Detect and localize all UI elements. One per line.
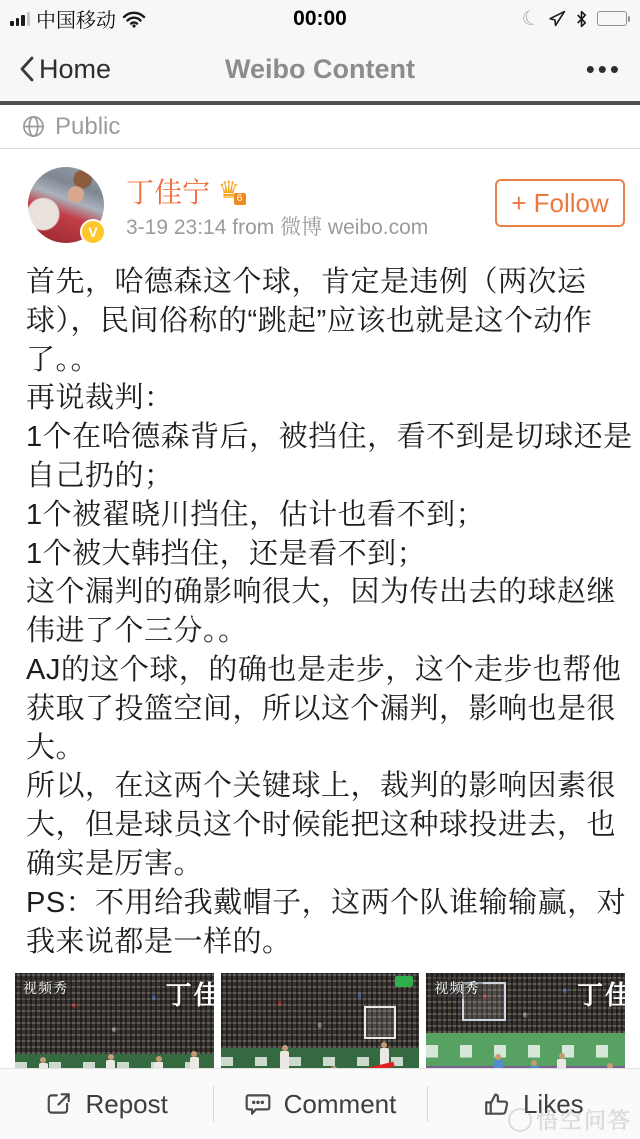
post-text-line: 确实是厉害。 — [26, 845, 618, 884]
author-line: 丁佳宁 ♛6 — [126, 171, 240, 211]
back-button[interactable]: Home — [18, 54, 111, 85]
vip-crown-icon: ♛6 — [218, 179, 240, 203]
status-bar: 中国移动 00:00 ☾ — [0, 0, 640, 37]
globe-icon — [22, 115, 45, 138]
backboard — [364, 1006, 396, 1039]
post-text-line: 大，但是球员这个时候能把这种球投进去，也 — [26, 806, 618, 845]
post-text-line: 所以，在这两个关键球上，裁判的影响因素很 — [26, 767, 618, 806]
post-text-line: 1个在哈德森背后，被挡住，看不到是切球还是 — [26, 418, 618, 457]
post-text-line: 大。 — [26, 729, 618, 768]
author-watermark: 丁佳 — [166, 975, 214, 1012]
more-options-button[interactable]: ••• — [586, 54, 622, 85]
follow-button[interactable]: + Follow — [495, 179, 625, 227]
back-label: Home — [39, 54, 111, 85]
post-header: V 丁佳宁 ♛6 3-19 23:14 from 微博 weibo.com + … — [28, 167, 625, 247]
post-text-line: 伟进了个三分。。 — [26, 612, 618, 651]
repost-button[interactable]: Repost — [0, 1069, 213, 1139]
author-watermark: 丁佳 — [577, 975, 625, 1012]
wifi-icon — [122, 10, 146, 28]
post-text-line: 首先，哈德森这个球，肯定是违例（两次运 — [26, 263, 618, 302]
post-text-line: 1个被大韩挡住，还是看不到； — [26, 535, 618, 574]
action-toolbar: Repost Comment Likes — [0, 1068, 640, 1139]
video-watermark: 视频秀 — [430, 977, 483, 999]
likes-button[interactable]: Likes — [427, 1069, 640, 1139]
comment-label: Comment — [284, 1089, 397, 1120]
visibility-row: Public — [0, 105, 640, 149]
status-left: 中国移动 — [10, 4, 146, 33]
signal-strength-icon — [10, 11, 30, 26]
repost-icon — [45, 1090, 73, 1118]
bluetooth-icon — [575, 10, 588, 28]
post-text-line: 1个被翟晓川挡住，估计也看不到； — [26, 496, 618, 535]
post-text-line: 了。。 — [26, 341, 618, 380]
post-text-line: 我来说都是一样的。 — [26, 923, 618, 962]
video-watermark: 视频秀 — [19, 977, 72, 999]
post-text-line: 自己扔的； — [26, 457, 618, 496]
battery-icon — [597, 11, 631, 26]
likes-label: Likes — [523, 1089, 584, 1120]
post-text-line: 再说裁判： — [26, 379, 618, 418]
do-not-disturb-moon-icon: ☾ — [519, 6, 542, 31]
post-text-line: AJ的这个球，的确也是走步，这个走步也帮他 — [26, 651, 618, 690]
comment-icon — [244, 1090, 272, 1118]
location-arrow-icon — [549, 10, 566, 27]
score-bug — [395, 976, 413, 987]
chevron-left-icon — [18, 55, 35, 83]
carrier-label: 中国移动 — [36, 4, 116, 33]
weibo-content-page: 中国移动 00:00 ☾ — [0, 0, 640, 1139]
post-text-line: 这个漏判的确影响很大，因为传出去的球赵继 — [26, 573, 618, 612]
author-name[interactable]: 丁佳宁 — [126, 171, 210, 211]
verified-badge-icon: V — [80, 219, 106, 245]
ad-banner — [426, 1033, 625, 1066]
nav-bar: Home Weibo Content ••• — [0, 37, 640, 101]
vip-level-badge: 6 — [234, 193, 246, 205]
repost-label: Repost — [85, 1089, 167, 1120]
comment-button[interactable]: Comment — [213, 1069, 426, 1139]
post-text: 首先，哈德森这个球，肯定是违例（两次运球），民间俗称的“跳起”应该也就是这个动作… — [26, 263, 618, 961]
post-text-line: 球），民间俗称的“跳起”应该也就是这个动作 — [26, 302, 618, 341]
thumbs-up-icon — [483, 1090, 511, 1118]
visibility-label: Public — [55, 113, 120, 141]
post-text-line: PS：不用给我戴帽子，这两个队谁输输赢，对 — [26, 884, 618, 923]
post-text-line: 获取了投篮空间，所以这个漏判，影响也是很 — [26, 690, 618, 729]
status-right: ☾ — [522, 9, 630, 29]
post-meta: 3-19 23:14 from 微博 weibo.com — [126, 211, 428, 241]
